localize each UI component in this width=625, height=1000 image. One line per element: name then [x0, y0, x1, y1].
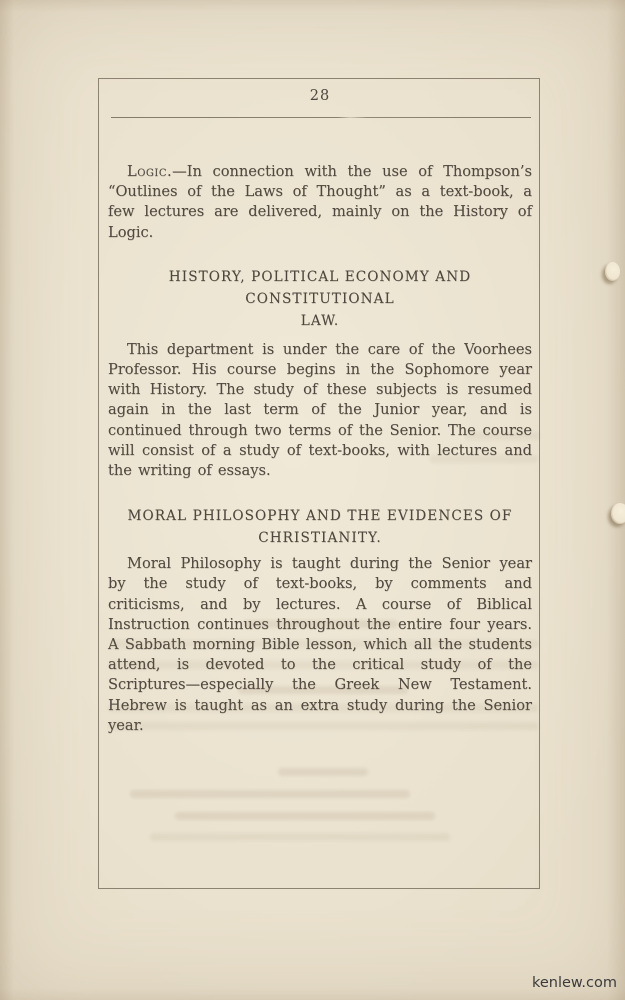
heading-history-law-line2: LAW.	[108, 310, 532, 332]
bleedthrough-line	[110, 640, 538, 648]
bleedthrough-line	[108, 722, 538, 730]
heading-history-law-line1: HISTORY, POLITICAL ECONOMY AND CONSTITUT…	[108, 266, 532, 310]
bleedthrough-line	[175, 812, 435, 820]
bleedthrough-line	[278, 768, 368, 776]
bleedthrough-line	[130, 790, 410, 798]
page-number: 28	[108, 88, 532, 104]
heading-moral-philosophy-line1: MORAL PHILOSOPHY AND THE EVIDENCES OF	[108, 505, 532, 527]
paragraph-logic-lead: Logic.	[127, 163, 172, 180]
heading-moral-philosophy-line2: CHRISTIANITY.	[108, 527, 532, 549]
scanned-book-page: 28 Logic.—In connection with the use of …	[0, 0, 625, 1000]
page-content: 28 Logic.—In connection with the use of …	[108, 79, 532, 736]
watermark-text: kenlew.com	[532, 975, 617, 991]
bleedthrough-line	[465, 432, 540, 440]
paragraph-logic-body: —In connection with the use of Thompson’…	[108, 163, 532, 241]
punch-hole	[611, 503, 625, 524]
paragraph-logic: Logic.—In connection with the use of Tho…	[108, 162, 532, 243]
bleedthrough-line	[108, 704, 538, 712]
heading-moral-philosophy: MORAL PHILOSOPHY AND THE EVIDENCES OF CH…	[108, 505, 532, 549]
header-rule	[111, 117, 531, 118]
heading-history-law: HISTORY, POLITICAL ECONOMY AND CONSTITUT…	[108, 266, 532, 332]
punch-hole	[605, 262, 620, 281]
bleedthrough-line	[243, 620, 398, 628]
bleedthrough-line	[150, 833, 450, 841]
bleedthrough-line	[430, 455, 538, 463]
bleedthrough-line	[238, 686, 408, 694]
bleedthrough-line	[110, 661, 538, 669]
